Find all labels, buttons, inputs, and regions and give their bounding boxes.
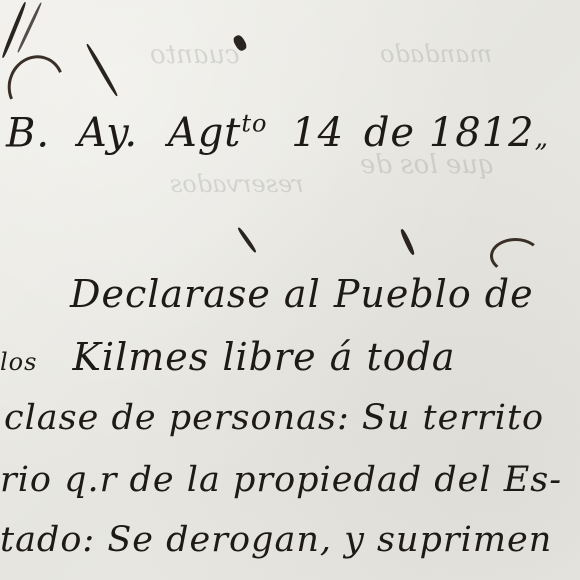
- month-abbrev: Agtto: [168, 110, 268, 156]
- body-line-5: tado: Se derogan, y suprimen: [0, 520, 552, 560]
- flourish: [490, 238, 541, 274]
- line-text: Kilmes libre á toda: [73, 335, 456, 379]
- place-abbrev-2: Ay.: [78, 110, 138, 156]
- place-abbrev-1: B.: [6, 110, 50, 156]
- bleed-through-text: reservados: [170, 170, 304, 198]
- trailing-mark: „: [535, 123, 549, 153]
- manuscript-page: cuanto mandado que los de reservados B. …: [0, 0, 580, 580]
- pen-stroke: [399, 228, 415, 255]
- bleed-through-text: mandado: [380, 40, 492, 68]
- line-prefix: los: [0, 348, 37, 376]
- pen-stroke: [1, 1, 27, 58]
- bleed-through-text: cuanto: [150, 40, 240, 70]
- body-line-3: clase de personas: Su territo: [4, 398, 544, 438]
- body-line-4: rio q.r de la propiedad del Es-: [0, 460, 562, 500]
- body-line-1: Declarase al Pueblo de: [70, 272, 534, 316]
- pen-stroke: [85, 43, 118, 97]
- date-line: B. Ay. Agtto 14 de 1812„: [6, 110, 549, 156]
- pen-stroke: [237, 227, 257, 254]
- day: 14: [291, 110, 344, 156]
- body-line-2: los Kilmes libre á toda: [0, 335, 456, 379]
- year: de 1812: [364, 110, 535, 156]
